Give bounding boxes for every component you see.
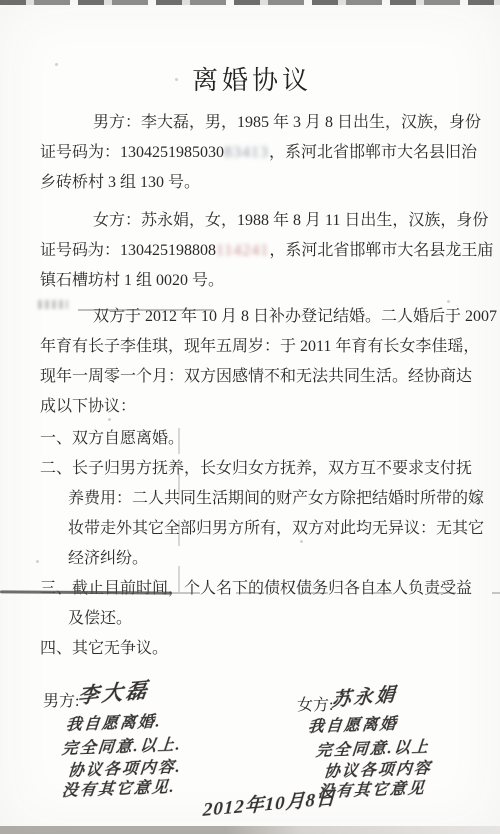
item-4-line-1: 四、其它无争议。 bbox=[40, 634, 464, 664]
item-2-line-1: 二、长子归男方抚养，长女归女方抚养，双方互不要求支付抚 bbox=[40, 454, 464, 484]
document-body: 离婚协议 男方：李大磊，男，1985 年 3 月 8 日出生，汉族，身份 证号码… bbox=[0, 0, 500, 664]
item-3-line-2: 及偿还。 bbox=[40, 604, 464, 634]
recital-line-2: 年育有长子李佳琪，现年五周岁：于 2011 年育有长女李佳瑶， bbox=[40, 332, 464, 362]
party-b-line-2: 证号码为：130425198808114241，系河北省邯郸市大名县龙王庙 bbox=[40, 236, 464, 266]
scan-speck bbox=[300, 540, 303, 543]
party-a-line-2: 证号码为：130425198503083413，系河北省邯郸市大名县旧治 bbox=[40, 138, 464, 168]
item-3-line-1: 三、截止目前时间，个人名下的债权债务归各自本人负责受益 bbox=[40, 574, 464, 604]
scan-bottom-edge-streak bbox=[0, 826, 500, 834]
scan-speck bbox=[36, 560, 39, 563]
scan-speck bbox=[175, 78, 178, 81]
party-b-note-1: 我自愿离婚 bbox=[307, 711, 399, 737]
party-b-id-redacted: 114241 bbox=[216, 242, 269, 259]
recital-line-1: 双方于 2012 年 10 月 8 日补办登记结婚。二人婚后于 2007 bbox=[40, 302, 464, 332]
scanned-divorce-agreement-page: 离婚协议 男方：李大磊，男，1985 年 3 月 8 日出生，汉族，身份 证号码… bbox=[0, 0, 500, 834]
party-b-line-1: 女方：苏永娟，女，1988 年 8 月 11 日出生，汉族，身份 bbox=[40, 206, 464, 236]
item-2-line-2: 养费用：二人共同生活期间的财产女方除把结婚时所带的嫁 bbox=[40, 484, 464, 514]
party-b-id-prefix: 证号码为： bbox=[40, 242, 120, 259]
party-a-id-redacted: 83413 bbox=[224, 144, 269, 161]
item-1-line-1: 一、双方自愿离婚。 bbox=[40, 424, 464, 454]
party-a-address-start: ，系河北省邯郸市大名县旧治 bbox=[269, 144, 477, 161]
recital-line-4: 成以下协议： bbox=[40, 392, 464, 422]
party-a-handwritten-name: 李大磊 bbox=[77, 674, 151, 711]
party-b-id-visible: 130425198808 bbox=[120, 242, 216, 259]
party-b-address-start: ，系河北省邯郸市大名县龙王庙 bbox=[269, 242, 493, 259]
document-title: 离婚协议 bbox=[40, 66, 464, 100]
party-a-note-4: 没有其它意见. bbox=[61, 774, 177, 801]
party-b-handwritten-name: 苏永娟 bbox=[331, 679, 399, 712]
item-2-line-4: 经济纠纷。 bbox=[40, 544, 464, 574]
scan-speck bbox=[447, 300, 450, 303]
item-2-line-3: 妆带走外其它全部归男方所有，双方对此均无异议：无其它 bbox=[40, 514, 464, 544]
scan-speck bbox=[108, 418, 111, 421]
party-a-signature-label: 男方: bbox=[43, 688, 79, 711]
party-b-line-3: 镇石槽坊村 1 组 0020 号。 bbox=[40, 266, 464, 296]
party-a-line-1: 男方：李大磊，男，1985 年 3 月 8 日出生，汉族，身份 bbox=[40, 108, 464, 138]
party-a-id-prefix: 证号码为： bbox=[40, 144, 120, 161]
party-a-id-visible: 1304251985030 bbox=[120, 144, 224, 161]
party-a-line-3: 乡砖桥村 3 组 130 号。 bbox=[40, 168, 464, 198]
recital-line-3: 现年一周零一个月：双方因感情不和无法共同生活。经协商达 bbox=[40, 362, 464, 392]
handwritten-date: 2012年10月8日 bbox=[202, 783, 336, 822]
party-a-note-1: 我自愿离婚. bbox=[65, 709, 163, 735]
scan-speck bbox=[55, 63, 58, 66]
party-b-signature-label: 女方: bbox=[297, 692, 333, 715]
scan-speck bbox=[88, 250, 91, 253]
